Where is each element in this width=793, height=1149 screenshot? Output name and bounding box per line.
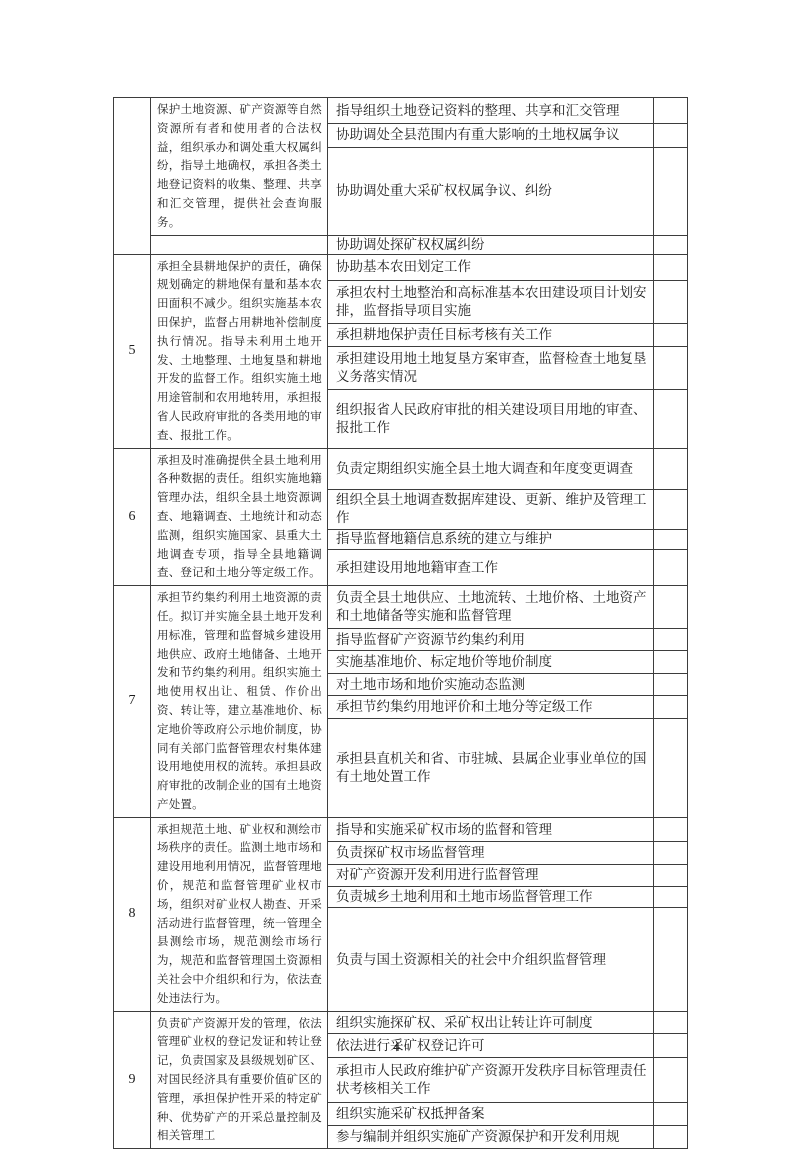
task-cell: 组织实施采矿权抵押备案 [328,1102,654,1126]
row-number-cell: 6 [114,448,151,586]
task-cell: 承担市人民政府维护矿产资源开发秩序目标管理责任状考核相关工作 [328,1058,654,1102]
table-row: 协助调处探矿权权属纠纷 [114,235,688,254]
task-cell: 负责探矿权市场监督管理 [328,842,654,864]
remark-cell [654,254,688,281]
task-cell: 承担耕地保护责任目标考核有关工作 [328,323,654,346]
remark-cell [654,235,688,254]
row-number-cell: 8 [114,817,151,1011]
task-cell: 负责全县土地供应、土地流转、土地价格、土地资产和土地储备等实施和监督管理 [328,586,654,629]
task-cell: 协助调处全县范围内有重大影响的土地权属争议 [328,124,654,148]
remark-cell [654,1126,688,1149]
duty-cell: 承担规范土地、矿业权和测绘市场秩序的责任。监测土地市场和建设用地利用情况，监督管… [151,817,328,1011]
task-cell: 指导监督地籍信息系统的建立与维护 [328,529,654,550]
remark-cell [654,448,688,489]
task-cell: 承担建设用地地籍审查工作 [328,550,654,586]
remark-cell [654,1102,688,1126]
row-number-cell: 9 [114,1011,151,1149]
row-number-cell: 5 [114,254,151,448]
task-cell: 承担节约集约用地评价和土地分等定级工作 [328,696,654,718]
table-row: 7 承担节约集约利用土地资源的责任。拟订并实施全县土地开发利用标准，管理和监督城… [114,586,688,629]
remark-cell [654,887,688,908]
task-cell: 对矿产资源开发利用进行监督管理 [328,864,654,886]
task-cell: 协助调处重大采矿权权属争议、纠纷 [328,147,654,235]
remark-cell [654,550,688,586]
table-row: 5 承担全县耕地保护的责任，确保规划确定的耕地保有量和基本农田面积不减少。组织实… [114,254,688,281]
row-number-cell: 7 [114,586,151,818]
duty-cell: 承担及时准确提供全县土地利用各种数据的责任。组织实施地籍管理办法，组织全县土地资… [151,448,328,586]
task-cell: 组织实施探矿权、采矿权出让转让许可制度 [328,1011,654,1034]
task-cell: 协助调处探矿权权属纠纷 [328,235,654,254]
table-row: 保护土地资源、矿产资源等自然资源所有者和使用者的合法权益，组织承办和调处重大权属… [114,98,688,124]
page-number: 4 [0,1040,793,1056]
task-cell: 协助基本农田划定工作 [328,254,654,281]
remark-cell [654,628,688,650]
remark-cell [654,281,688,324]
task-cell: 承担县直机关和省、市驻城、县属企业事业单位的国有土地处置工作 [328,718,654,817]
duty-empty-cell [151,235,328,254]
task-cell: 参与编制并组织实施矿产资源保护和开发利用规 [328,1126,654,1149]
remark-cell [654,718,688,817]
remark-cell [654,1011,688,1034]
duty-cell: 承担全县耕地保护的责任，确保规划确定的耕地保有量和基本农田面积不减少。组织实施基… [151,254,328,448]
remark-cell [654,842,688,864]
remark-cell [654,908,688,1011]
duty-cell: 负责矿产资源开发的管理，依法管理矿业权的登记发证和转让登记，负责国家及县级规划矿… [151,1011,328,1149]
remark-cell [654,389,688,448]
task-cell: 负责与国土资源相关的社会中介组织监督管理 [328,908,654,1011]
remark-cell [654,586,688,629]
task-cell: 对土地市场和地价实施动态监测 [328,673,654,695]
table-row: 8 承担规范土地、矿业权和测绘市场秩序的责任。监测土地市场和建设用地利用情况，监… [114,817,688,842]
task-cell: 负责定期组织实施全县土地大调查和年度变更调查 [328,448,654,489]
remark-cell [654,346,688,389]
task-cell: 指导和实施采矿权市场的监督和管理 [328,817,654,842]
task-cell: 指导监督矿产资源节约集约利用 [328,628,654,650]
duty-cell: 保护土地资源、矿产资源等自然资源所有者和使用者的合法权益，组织承办和调处重大权属… [151,98,328,236]
table-row: 9 负责矿产资源开发的管理，依法管理矿业权的登记发证和转让登记，负责国家及县级规… [114,1011,688,1034]
task-cell: 实施基准地价、标定地价等地价制度 [328,651,654,673]
remark-cell [654,124,688,148]
remark-cell [654,147,688,235]
task-cell: 组织报省人民政府审批的相关建设项目用地的审查、报批工作 [328,389,654,448]
remark-cell [654,864,688,886]
remark-cell [654,323,688,346]
task-cell: 承担建设用地土地复垦方案审查，监督检查土地复垦义务落实情况 [328,346,654,389]
task-cell: 指导组织土地登记资料的整理、共享和汇交管理 [328,98,654,124]
table-row: 6 承担及时准确提供全县土地利用各种数据的责任。组织实施地籍管理办法，组织全县土… [114,448,688,489]
document-page: 保护土地资源、矿产资源等自然资源所有者和使用者的合法权益，组织承办和调处重大权属… [0,0,793,1122]
remark-cell [654,98,688,124]
remark-cell [654,529,688,550]
task-cell: 负责城乡土地利用和土地市场监督管理工作 [328,887,654,908]
remark-cell [654,651,688,673]
task-cell: 组织全县土地调查数据库建设、更新、维护及管理工作 [328,489,654,529]
remark-cell [654,696,688,718]
row-number-cell [114,98,151,255]
task-cell: 承担农村土地整治和高标准基本农田建设项目计划安排，监督指导项目实施 [328,281,654,324]
remark-cell [654,489,688,529]
duty-table: 保护土地资源、矿产资源等自然资源所有者和使用者的合法权益，组织承办和调处重大权属… [113,97,688,1149]
remark-cell [654,673,688,695]
remark-cell [654,1058,688,1102]
remark-cell [654,817,688,842]
duty-cell: 承担节约集约利用土地资源的责任。拟订并实施全县土地开发利用标准，管理和监督城乡建… [151,586,328,818]
